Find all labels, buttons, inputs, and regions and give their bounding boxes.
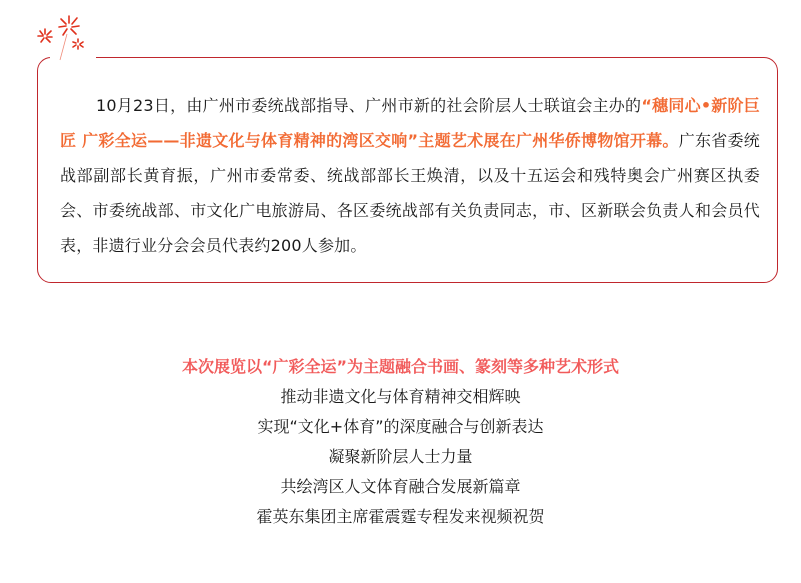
summary-line: 凝聚新阶层人士力量	[0, 442, 801, 472]
summary-line: 共绘湾区人文体育融合发展新篇章	[0, 472, 801, 502]
summary-block: 本次展览以“广彩全运”为主题融合书画、篆刻等多种艺术形式 推动非遗文化与体育精神…	[0, 352, 801, 532]
summary-line: 实现“文化+体育”的深度融合与创新表达	[0, 412, 801, 442]
summary-line: 推动非遗文化与体育精神交相辉映	[0, 382, 801, 412]
summary-lead: 本次展览以“广彩全运”为主题融合书画、篆刻等多种艺术形式	[0, 352, 801, 382]
summary-line: 霍英东集团主席霍震霆专程发来视频祝贺	[0, 502, 801, 532]
event-paragraph: 10月23日，由广州市委统战部指导、广州市新的社会阶层人士联谊会主办的“穗同心•…	[60, 88, 760, 263]
fireworks-icon	[33, 12, 93, 62]
paragraph-intro: 10月23日，由广州市委统战部指导、广州市新的社会阶层人士联谊会主办的	[96, 96, 641, 115]
